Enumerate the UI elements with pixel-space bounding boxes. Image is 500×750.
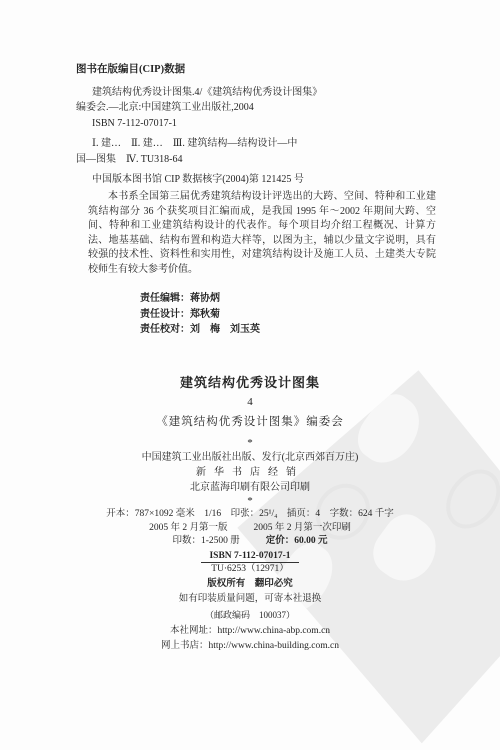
distributor-line: 新华书店经销 (0, 465, 500, 480)
cip-title-line: 建筑结构优秀设计图集.4/《建筑结构优秀设计图集》 (76, 85, 448, 101)
price-text: 定价：60.00 元 (266, 535, 328, 549)
printer-line: 北京蓝海印刷有限公司印刷 (0, 480, 500, 495)
abstract-text: 本书系全国第三届优秀建筑结构设计评选出的大跨、空间、特种和工业建筑结构部分 36… (88, 190, 436, 278)
cip-isbn-line: ISBN 7-112-07017-1 (76, 116, 448, 132)
book-abstract: 本书系全国第三届优秀建筑结构设计评选出的大跨、空间、特种和工业建筑结构部分 36… (88, 190, 436, 278)
isbn-line: ISBN 7-112-07017-1 (0, 550, 500, 563)
book-copyright-page: 图书在版编目(CIP)数据 建筑结构优秀设计图集.4/《建筑结构优秀设计图集》 … (0, 0, 500, 750)
responsible-proofreader: 责任校对：刘 梅 刘玉英 (140, 322, 260, 338)
series-title: 建筑结构优秀设计图集 (0, 372, 500, 391)
responsible-editor: 责任编辑：蒋协炳 (140, 291, 260, 307)
cip-data-block: 图书在版编目(CIP)数据 建筑结构优秀设计图集.4/《建筑结构优秀设计图集》 … (76, 62, 448, 188)
book-number-line: TU·6253（12971） (0, 563, 500, 576)
separator-dot: * (0, 437, 500, 450)
title-block: 建筑结构优秀设计图集 4 《建筑结构优秀设计图集》编委会 (0, 372, 500, 429)
cip-publisher-line: 编委会.—北京:中国建筑工业出版社,2004 (76, 100, 448, 116)
edition-line: 2005 年 2 月第一版 2005 年 2 月第一次印刷 (0, 522, 500, 536)
volume-number: 4 (0, 396, 500, 408)
editor-committee: 《建筑结构优秀设计图集》编委会 (0, 413, 500, 429)
online-bookstore: 网上书店：http://www.china-building.com.cn (0, 639, 500, 655)
imprint-block: * 中国建筑工业出版社出版、发行(北京西郊百万庄) 新华书店经销 北京蓝海印刷有… (0, 437, 500, 655)
copyright-notice: 版权所有 翻印必究 (0, 577, 500, 592)
cip-classification-line-2: 国—图集 Ⅳ. TU318-64 (76, 152, 448, 168)
responsible-designer: 责任设计：郑秋菊 (140, 307, 260, 323)
printrun-price-line: 印数：1-2500 册 定价：60.00 元 (0, 535, 500, 549)
impression-text: 2005 年 2 月第一次印刷 (254, 522, 351, 536)
postal-code: （邮政编码 100037） (0, 608, 500, 623)
staff-credits: 责任编辑：蒋协炳 责任设计：郑秋菊 责任校对：刘 梅 刘玉英 (140, 291, 260, 338)
isbn-number: ISBN 7-112-07017-1 (201, 551, 298, 563)
print-run-text: 印数：1-2500 册 (172, 535, 239, 549)
format-line: 开本：787×1092 毫米 1/16 印张：25¹/₄ 插页：4 字数：624… (0, 508, 500, 522)
publisher-website: 本社网址：http://www.china-abp.com.cn (0, 624, 500, 640)
quality-notice: 如有印装质量问题，可寄本社退换 (0, 592, 500, 607)
cip-heading: 图书在版编目(CIP)数据 (76, 62, 448, 78)
edition-text: 2005 年 2 月第一版 (149, 522, 227, 536)
publisher-line: 中国建筑工业出版社出版、发行(北京西郊百万庄) (0, 450, 500, 465)
cip-classification-line-1: Ⅰ. 建… Ⅱ. 建… Ⅲ. 建筑结构—结构设计—中 (76, 136, 448, 152)
separator-dot: * (0, 495, 500, 508)
url-lines: 本社网址：http://www.china-abp.com.cn 网上书店：ht… (0, 624, 500, 655)
cip-record-line: 中国版本图书馆 CIP 数据核字(2004)第 121425 号 (76, 172, 448, 188)
